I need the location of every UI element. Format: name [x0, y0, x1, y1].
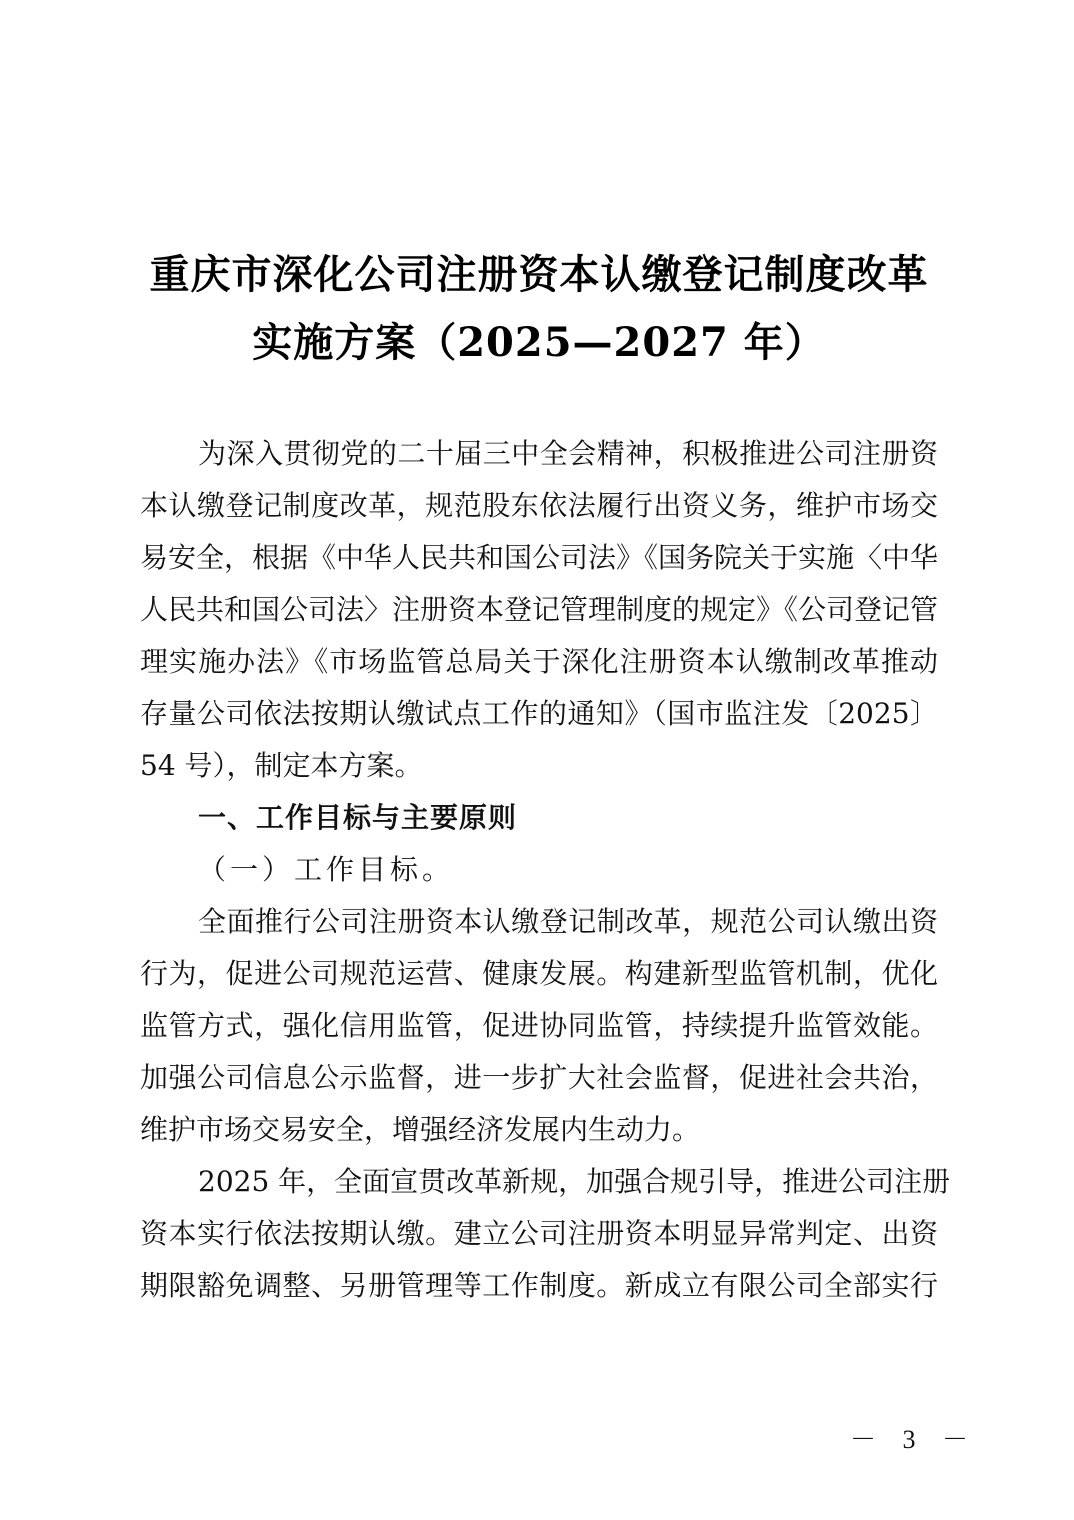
preamble-line-3: 易安全，根据《中华人民共和国公司法》《国务院关于实施〈中华: [140, 541, 938, 575]
goals-line-2: 行为，促进公司规范运营、健康发展。构建新型监管机制，优化: [140, 957, 938, 991]
preamble-line-1: 为深入贯彻党的二十届三中全会精神，积极推进公司注册资: [198, 437, 938, 471]
p2025-line-1: 2025 年，全面宣贯改革新规，加强合规引导，推进公司注册: [198, 1165, 938, 1199]
p2025-line-3: 期限豁免调整、另册管理等工作制度。新成立有限公司全部实行: [140, 1269, 938, 1303]
goals-line-1: 全面推行公司注册资本认缴登记制改革，规范公司认缴出资: [198, 905, 938, 939]
preamble-line-5: 理实施办法》《市场监管总局关于深化注册资本认缴制改革推动: [140, 645, 938, 679]
preamble-line-4: 人民共和国公司法〉注册资本登记管理制度的规定》《公司登记管: [140, 593, 938, 627]
subsection-heading: （一）工作目标。: [198, 853, 938, 887]
goals-line-3: 监管方式，强化信用监管，促进协同监管，持续提升监管效能。: [140, 1009, 938, 1043]
preamble-line-7: 54 号），制定本方案。: [140, 749, 938, 783]
document-title-line-2: 实施方案（2025—2027 年）: [140, 323, 938, 363]
p2025-line-2: 资本实行依法按期认缴。建立公司注册资本明显异常判定、出资: [140, 1217, 938, 1251]
goals-line-4: 加强公司信息公示监督，进一步扩大社会监督，促进社会共治，: [140, 1061, 938, 1095]
page-number: － 3 －: [850, 1425, 978, 1455]
goals-line-5: 维护市场交易安全，增强经济发展内生动力。: [140, 1113, 938, 1147]
document-title-line-1: 重庆市深化公司注册资本认缴登记制度改革: [140, 255, 938, 295]
preamble-line-6: 存量公司依法按期认缴试点工作的通知》（国市监注发〔2025〕: [140, 697, 938, 731]
section-heading: 一、工作目标与主要原则: [198, 801, 938, 835]
preamble-line-2: 本认缴登记制度改革，规范股东依法履行出资义务，维护市场交: [140, 489, 938, 523]
document-page: 重庆市深化公司注册资本认缴登记制度改革 实施方案（2025—2027 年） 为深…: [0, 0, 1074, 1520]
